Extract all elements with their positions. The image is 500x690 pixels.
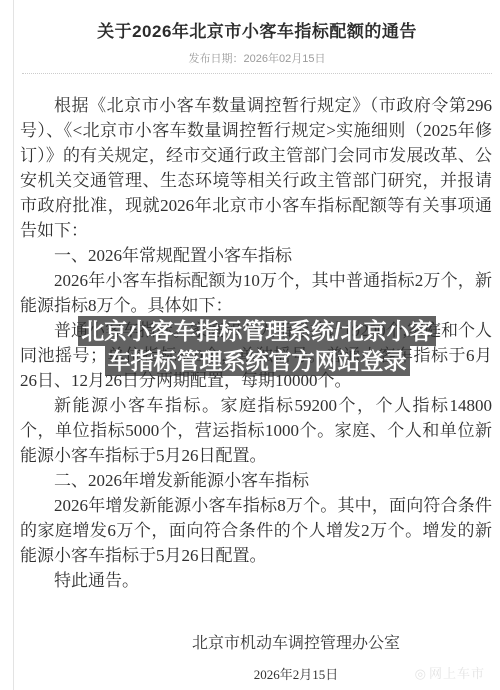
notice-header: 关于2026年北京市小客车指标配额的通告 发布日期：2026年02月15日 [14,0,500,74]
signature-office: 北京市机动车调控管理办公室 [166,630,426,653]
section-2-heading: 二、2026年增发新能源小客车指标 [20,468,492,493]
notice-title: 关于2026年北京市小客车指标配额的通告 [22,0,492,42]
section-1-paragraph-2: 普通小客车指标。家庭和个人指标共计19200个,家庭和个人同池摇号；单位指标80… [20,318,492,393]
closing-paragraph: 特此通告。 [20,568,492,593]
publish-date-label: 发布日期： [189,53,244,65]
header-divider [22,73,492,74]
section-1-paragraph-1: 2026年小客车指标配额为10万个，其中普通指标2万个，新能源指标8万个。具体如… [20,268,492,318]
site-watermark: ◎网上车市 [415,663,485,682]
notice-body: 根据《北京市小客车数量调控暂行规定》（市政府令第296号）、《<北京市小客车数量… [14,93,500,593]
section-2-paragraph-1: 2026年增发新能源小客车指标8万个。其中，面向符合条件的家庭增发6万个，面向符… [20,493,492,568]
signature-date: 2026年2月15日 [166,664,426,683]
publish-date-line: 发布日期：2026年02月15日 [22,50,492,66]
notice-page: 关于2026年北京市小客车指标配额的通告 发布日期：2026年02月15日 根据… [13,0,500,690]
intro-paragraph: 根据《北京市小客车数量调控暂行规定》（市政府令第296号）、《<北京市小客车数量… [20,93,492,243]
section-1-heading: 一、2026年常规配置小客车指标 [20,243,492,268]
publish-date-value: 2026年02月15日 [244,53,326,65]
watermark-text: 网上车市 [429,666,485,681]
signature-block: 北京市机动车调控管理办公室 2026年2月15日 [166,630,426,683]
section-1-paragraph-3: 新能源小客车指标。家庭指标59200个，个人指标14800个，单位指标5000个… [20,393,492,468]
cheshi-logo-icon: ◎ [415,666,427,681]
